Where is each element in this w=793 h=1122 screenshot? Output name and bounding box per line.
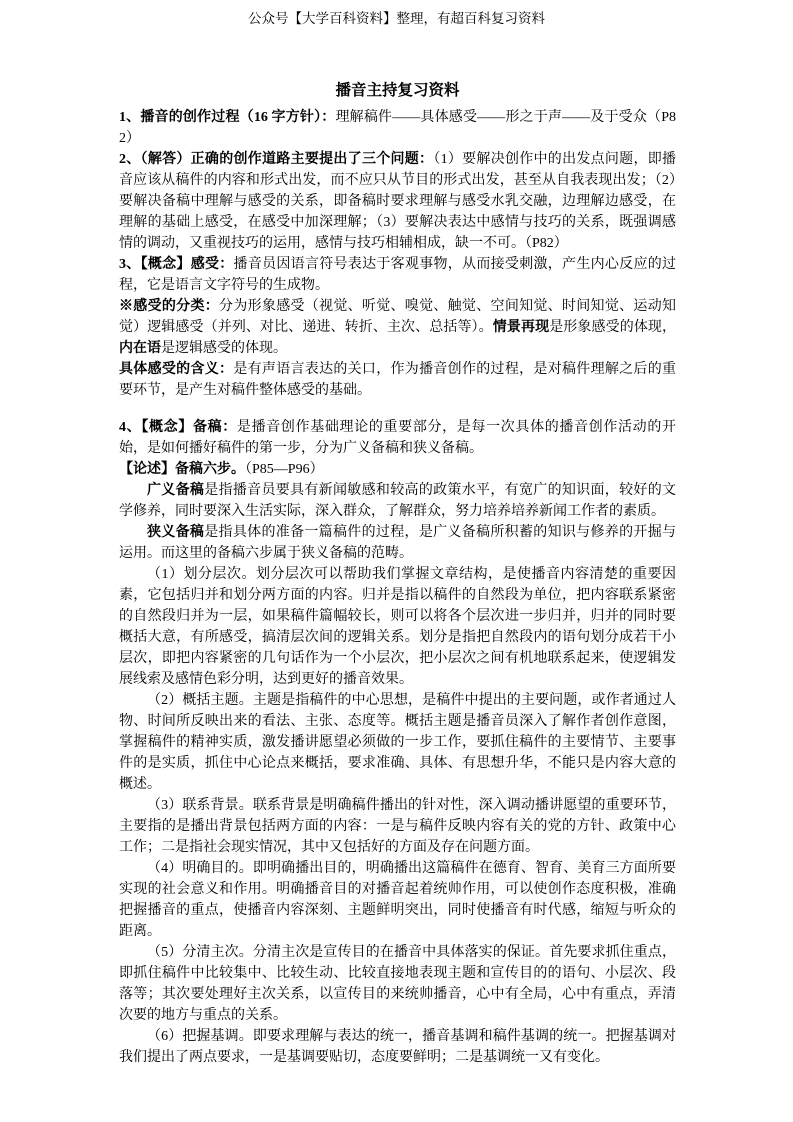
paragraph-bold-text: 2、（解答）正确的创作道路主要提出了三个问题： xyxy=(119,152,433,167)
paragraph: 3、【概念】感受：播音员因语言符号表达于客观事物，从而接受刺激，产生内心反应的过… xyxy=(119,254,676,296)
paragraph: 广义备稿是指播音员要具有新闻敏感和较高的政策水平，有宽广的知识面，较好的文学修养… xyxy=(119,480,676,522)
paragraph-bold-text: 狭义备稿 xyxy=(147,525,204,540)
paragraph: 狭义备稿是指具体的准备一篇稿件的过程，是广义备稿所积蓄的知识与修养的开掘与运用。… xyxy=(119,522,676,564)
paragraph-text: 是形象感受的体现， xyxy=(549,320,676,335)
paragraph: 2、（解答）正确的创作道路主要提出了三个问题：（1）要解决创作中的出发点问题，即… xyxy=(119,149,676,254)
paragraph: 【论述】备稿六步。（P85—P96） xyxy=(119,459,676,480)
paragraph: （2）概括主题。主题是指稿件的中心思想，是稿件中提出的主要问题，或作者通过人物、… xyxy=(119,690,676,795)
paragraph-bold-text: 3、【概念】感受： xyxy=(119,257,234,272)
paragraph: （5）分清主次。分清主次是宣传目的在播音中具体落实的保证。首先要求抓住重点，即抓… xyxy=(119,942,676,1026)
paragraph-bold-text: 内在语 xyxy=(119,341,161,356)
paragraph-bold-text: 情景再现 xyxy=(493,320,549,335)
page-header-note: 公众号【大学百科资料】整理，有超百科复习资料 xyxy=(0,10,793,28)
paragraph-text: （2）概括主题。主题是指稿件的中心思想，是稿件中提出的主要问题，或作者通过人物、… xyxy=(119,693,676,792)
paragraph-text: （4）明确目的。即明确播出目的，明确播出这篇稿件在德育、智育、美育三方面所要实现… xyxy=(119,861,676,939)
paragraph-bold-text: 1、播音的创作过程（16 字方针）： xyxy=(119,110,335,125)
paragraph: （4）明确目的。即明确播出目的，明确播出这篇稿件在德育、智育、美育三方面所要实现… xyxy=(119,858,676,942)
paragraph-bold-text: 【论述】备稿六步。 xyxy=(119,462,245,477)
paragraph: （3）联系背景。联系背景是明确稿件播出的针对性，深入调动播讲愿望的重要环节，主要… xyxy=(119,795,676,858)
paragraph-bold-text: 具体感受的含义： xyxy=(119,362,233,377)
paragraph: ※感受的分类：分为形象感受（视觉、听觉、嗅觉、触觉、空间知觉、时间知觉、运动知觉… xyxy=(119,296,676,359)
paragraph: （1）划分层次。划分层次可以帮助我们掌握文章结构，是使播音内容清楚的重要因素，它… xyxy=(119,564,676,690)
paragraph: 4、【概念】备稿：是播音创作基础理论的重要部分，是每一次具体的播音创作活动的开始… xyxy=(119,417,676,459)
paragraph-text: （5）分清主次。分清主次是宣传目的在播音中具体落实的保证。首先要求抓住重点，即抓… xyxy=(119,945,676,1023)
paragraph-bold-text: 广义备稿 xyxy=(147,483,204,498)
paragraph-text: 是逻辑感受的体现。 xyxy=(161,341,287,356)
paragraph-bold-text: ※感受的分类： xyxy=(119,299,219,314)
document-paragraphs: 1、播音的创作过程（16 字方针）：理解稿件——具体感受——形之于声——及于受众… xyxy=(119,107,676,1068)
paragraph-text: （1）划分层次。划分层次可以帮助我们掌握文章结构，是使播音内容清楚的重要因素，它… xyxy=(119,567,676,687)
document-body: 播音主持复习资料 1、播音的创作过程（16 字方针）：理解稿件——具体感受——形… xyxy=(119,80,676,1068)
paragraph: 具体感受的含义：是有声语言表达的关口，作为播音创作的过程，是对稿件理解之后的重要… xyxy=(119,359,676,401)
paragraph-text: （3）联系背景。联系背景是明确稿件播出的针对性，深入调动播讲愿望的重要环节，主要… xyxy=(119,798,676,855)
paragraph-text: （6）把握基调。即要求理解与表达的统一，播音基调和稿件基调的统一。把握基调对我们… xyxy=(119,1029,676,1065)
document-title: 播音主持复习资料 xyxy=(119,80,676,102)
document-page: 公众号【大学百科资料】整理，有超百科复习资料 播音主持复习资料 1、播音的创作过… xyxy=(0,0,793,1122)
paragraph: （6）把握基调。即要求理解与表达的统一，播音基调和稿件基调的统一。把握基调对我们… xyxy=(119,1026,676,1068)
paragraph-bold-text: 4、【概念】备稿： xyxy=(119,420,237,435)
paragraph-text: （P85—P96） xyxy=(245,462,324,477)
paragraph: 1、播音的创作过程（16 字方针）：理解稿件——具体感受——形之于声——及于受众… xyxy=(119,107,676,149)
